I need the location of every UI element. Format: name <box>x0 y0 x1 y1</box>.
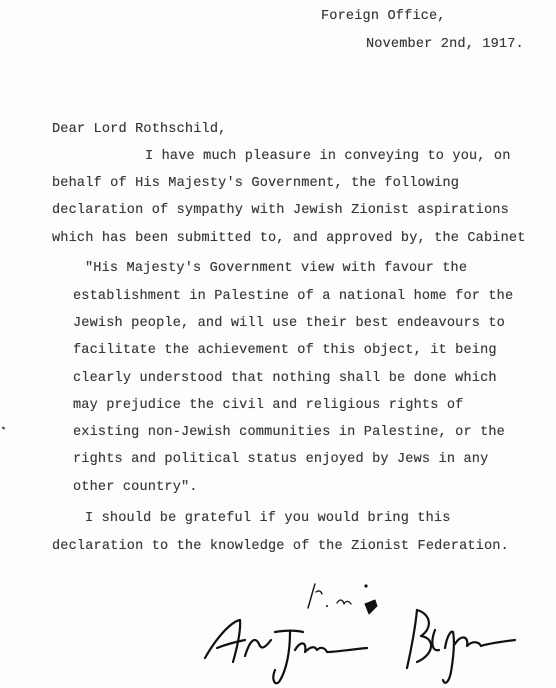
declaration-line: clearly understood that nothing shall be… <box>73 372 497 386</box>
letter-date: November 2nd, 1917. <box>366 38 524 52</box>
intro-line: I have much pleasure in conveying to you… <box>145 150 511 164</box>
declaration-line: Jewish people, and will use their best e… <box>73 317 505 331</box>
handwritten-signature <box>195 570 555 688</box>
salutation: Dear Lord Rothschild, <box>52 123 226 137</box>
intro-line: which has been submitted to, and approve… <box>52 232 526 246</box>
closing-line: declaration to the knowledge of the Zion… <box>52 540 509 554</box>
margin-speck <box>2 426 6 429</box>
signature-scrawl-icon <box>195 570 555 688</box>
declaration-line: "His Majesty's Government view with favo… <box>85 262 467 276</box>
intro-line: behalf of His Majesty's Government, the … <box>52 177 459 191</box>
declaration-line: establishment in Palestine of a national… <box>73 290 513 304</box>
declaration-line: may prejudice the civil and religious ri… <box>73 399 463 413</box>
intro-line: declaration of sympathy with Jewish Zion… <box>52 204 509 218</box>
letterhead-office: Foreign Office, <box>321 10 446 24</box>
declaration-line: existing non-Jewish communities in Pales… <box>73 426 505 440</box>
declaration-line: rights and political status enjoyed by J… <box>73 453 488 467</box>
letter-page: Foreign Office, November 2nd, 1917. Dear… <box>0 0 556 688</box>
declaration-line: other country". <box>73 481 198 495</box>
closing-line: I should be grateful if you would bring … <box>85 512 451 526</box>
declaration-line: facilitate the achievement of this objec… <box>73 344 497 358</box>
